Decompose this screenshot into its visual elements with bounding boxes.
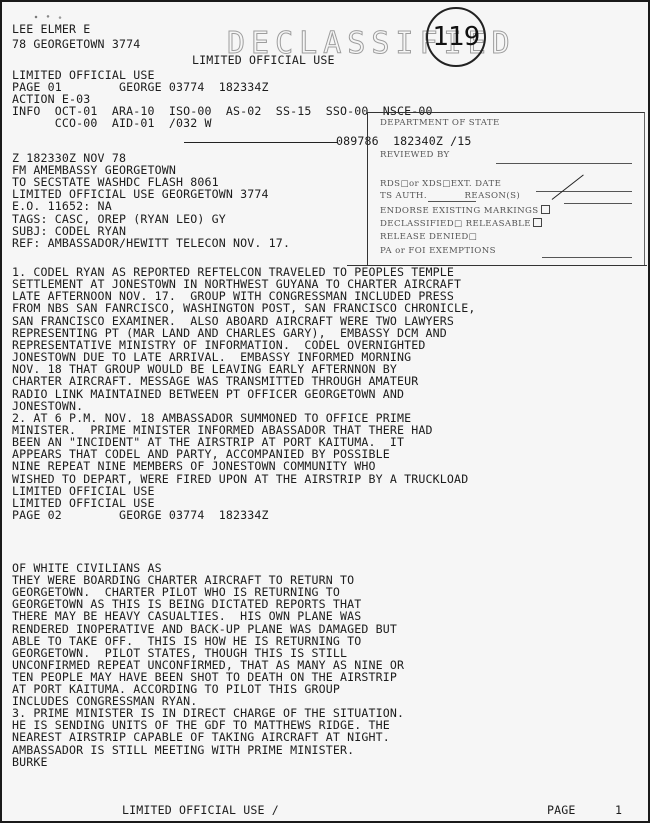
footer-page-label: PAGE: [547, 805, 576, 816]
reviewed-by-line: [496, 163, 632, 164]
header-rule: [184, 142, 337, 143]
recipient-ref: 78 GEORGETOWN 3774: [12, 39, 140, 50]
recipient-name: LEE ELMER E: [12, 24, 90, 35]
ext-date-line: [536, 191, 632, 192]
stamp-declassified-row: DECLASSIFIED□ RELEASABLE: [380, 218, 542, 230]
body-line: AMBASSADOR IS STILL MEETING WITH PRIME M…: [12, 745, 354, 756]
reasons-line: [564, 203, 632, 204]
cable-document-page: LEE ELMER E 78 GEORGETOWN 3774 DECLASSIF…: [0, 0, 650, 823]
circled-document-number: 119: [426, 7, 486, 67]
stamp-rds-xds: RDS□or XDS□EXT. DATE: [380, 179, 501, 190]
endorse-checkbox[interactable]: [541, 205, 550, 214]
stamp-endorse-row: ENDORSE EXISTING MARKINGS: [380, 205, 550, 217]
stamp-declassified: DECLASSIFIED□ RELEASABLE: [380, 219, 531, 229]
footer-classification: LIMITED OFFICIAL USE /: [122, 805, 279, 816]
exemptions-line: [542, 257, 632, 258]
stamp-department: DEPARTMENT OF STATE: [380, 118, 500, 129]
classification-marking-top: LIMITED OFFICIAL USE: [192, 55, 335, 66]
stamp-pa-foi: PA or FOI EXEMPTIONS: [380, 246, 496, 257]
handwritten-arrow: [552, 174, 584, 200]
ts-auth-line: [428, 201, 476, 202]
stamp-reviewed-by: REVIEWED BY: [380, 150, 450, 161]
info-distribution-line-2: CCO-00 AID-01 /032 W: [12, 118, 212, 129]
scan-specks: [32, 14, 72, 20]
header-line: REF: AMBASSADOR/HEWITT TELECON NOV. 17.: [12, 238, 290, 249]
stamp-endorse: ENDORSE EXISTING MARKINGS: [380, 206, 539, 216]
footer-page-number: 1: [615, 805, 622, 816]
body-line: BURKE: [12, 757, 48, 768]
stamp-release-denied: RELEASE DENIED□: [380, 232, 477, 243]
review-stamp: DEPARTMENT OF STATE REVIEWED BY RDS□or X…: [367, 112, 645, 266]
page-2-header-line: PAGE 02 GEORGE 03774 182334Z: [12, 510, 269, 521]
releasable-checkbox[interactable]: [533, 218, 542, 227]
